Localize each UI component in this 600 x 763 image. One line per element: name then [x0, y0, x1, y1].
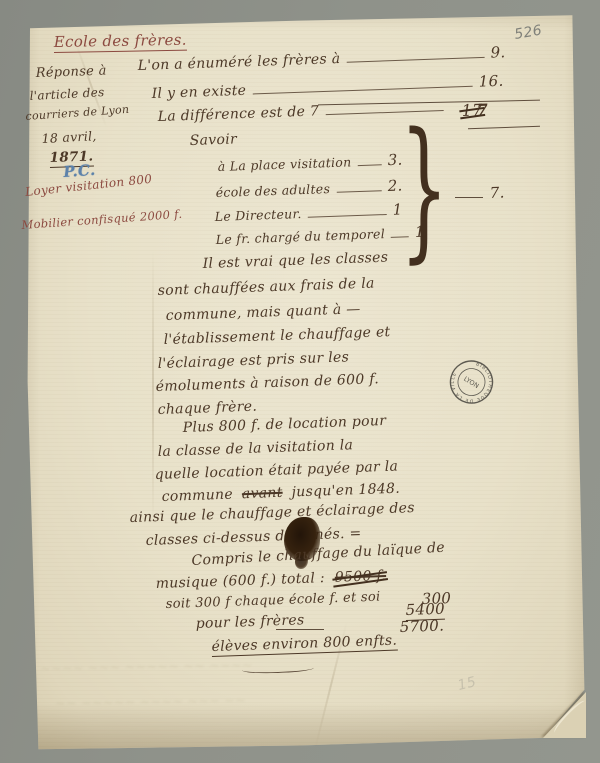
margin-note-line: 18 avril, [41, 128, 97, 146]
line-fragment: commune [161, 487, 233, 505]
dash-leader [276, 629, 324, 630]
item-label: école des adultes [215, 181, 330, 200]
item-label: Le Directeur. [214, 206, 301, 224]
verso-show-through: ~~ ~~~~~ ~~~~ ~~~ ~~ [55, 693, 246, 711]
dash-leader [346, 48, 485, 63]
ledger-value: 9. [490, 43, 506, 62]
struck-word: avant [242, 485, 283, 502]
brace-total: 7. [489, 183, 505, 202]
brace-bracket: } [400, 130, 448, 248]
addition-sum: 5700. [399, 616, 444, 636]
breakdown-intro: Savoir [189, 131, 237, 149]
struck-number: 17 [461, 100, 483, 120]
paper-crease [152, 250, 154, 525]
margin-note-line: Réponse à [35, 64, 106, 81]
ledger-label: Il y en existe [151, 83, 246, 102]
scanned-manuscript-page: ~~~~ ~~~ ~~~~~ ~~ ~~~~ ~~ ~~~~~ ~~~~ ~~~… [0, 0, 600, 763]
corrected-value: 177 [461, 100, 488, 120]
dash-leader [308, 206, 387, 218]
verso-show-through: ~~~~ ~~~ ~~~~~ ~~ ~~~~ [40, 658, 253, 677]
stamp-center-text: LYON [462, 375, 480, 391]
struck-total: 9500 f. [335, 568, 387, 586]
dash-leader [455, 197, 483, 198]
ledger-value: 16. [478, 72, 503, 91]
dash-leader [252, 77, 473, 95]
verso-show-through: ~~~ ~~~~ ~~ [5, 330, 24, 437]
page-title: Ecole des frères. [54, 31, 187, 53]
dash-leader [336, 182, 382, 193]
dash-leader [357, 156, 382, 166]
